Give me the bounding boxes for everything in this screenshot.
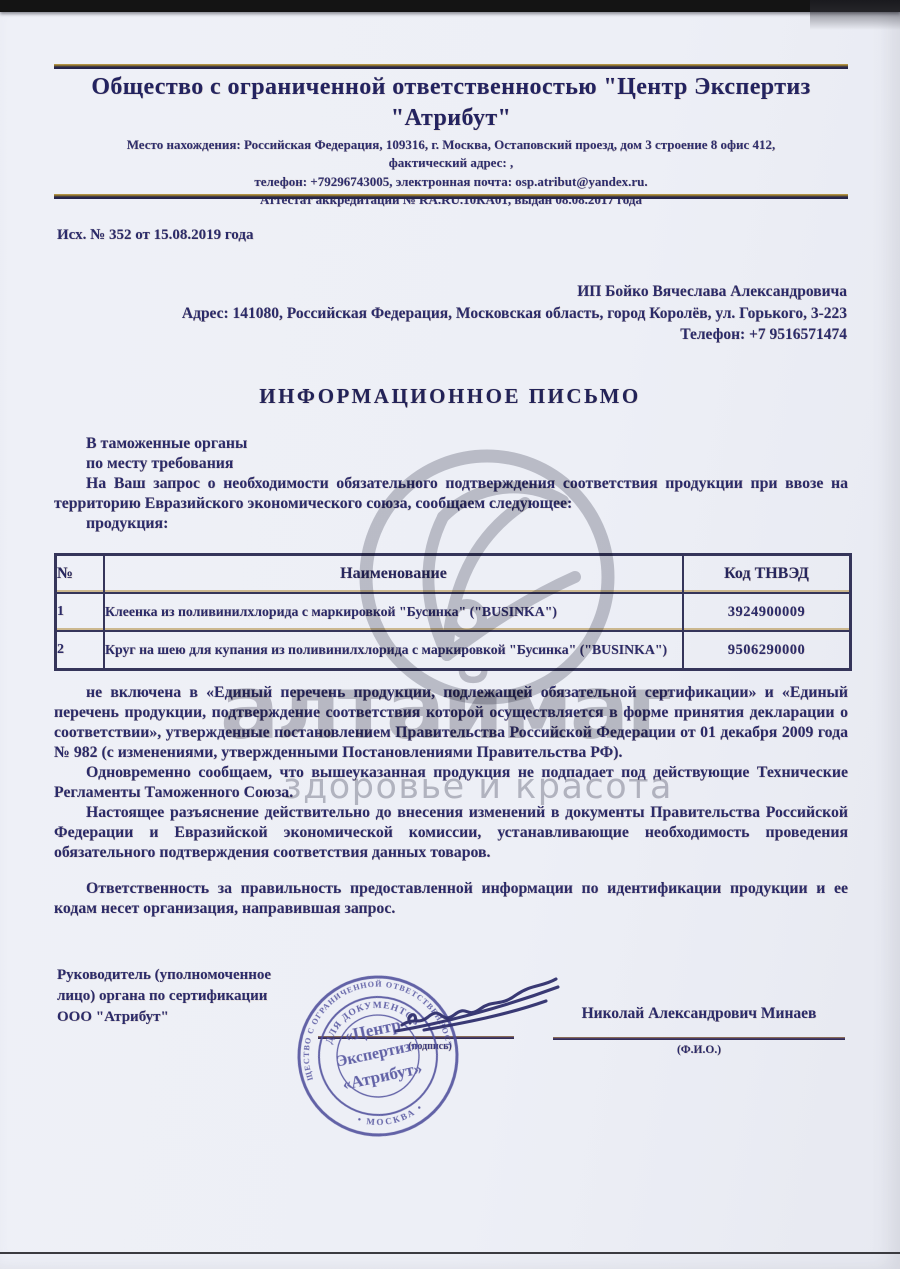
paragraph-not-included: не включена в «Единый перечень продукции… — [54, 683, 848, 763]
column-header-code: Код ТНВЭД — [684, 556, 849, 594]
header-divider-bottom — [54, 194, 848, 199]
recipient-address: Адрес: 141080, Российская Федерация, Мос… — [54, 303, 847, 325]
svg-text:• МОСКВА •: • МОСКВА • — [355, 1100, 427, 1132]
addressee-line: по месту требования — [54, 454, 848, 474]
company-name-line1: Общество с ограниченной ответственностью… — [54, 72, 848, 103]
paragraph-validity: Настоящее разъяснение действительно до в… — [54, 803, 848, 863]
intro-paragraph: На Ваш запрос о необходимости обязательн… — [54, 474, 848, 514]
name-line — [553, 1037, 845, 1040]
company-name-line2: "Атрибут" — [54, 103, 848, 134]
paragraph-simultaneously: Одновременно сообщаем, что вышеуказанная… — [54, 763, 848, 803]
company-address: Место нахождения: Российская Федерация, … — [54, 137, 848, 152]
scan-artifact-bottom-edge — [0, 1252, 900, 1254]
product-table: № Наименование Код ТНВЭД 1 Клеенка из по… — [54, 553, 852, 671]
row-number: 2 — [57, 632, 105, 668]
document-title: ИНФОРМАЦИОННОЕ ПИСЬМО — [0, 384, 900, 409]
company-contacts: телефон: +79296743005, электронная почта… — [54, 174, 848, 189]
recipient-name: ИП Бойко Вячеслава Александровича — [54, 281, 847, 303]
table-header-row: № Наименование Код ТНВЭД — [57, 556, 849, 594]
handwritten-signature — [394, 973, 564, 1041]
scan-artifact-corner-smudge — [810, 0, 900, 30]
addressee-line: В таможенные органы — [54, 434, 848, 454]
product-name: Круг на шею для купания из поливинилхлор… — [105, 632, 684, 668]
scanned-letter-page: Общество с ограниченной ответственностью… — [0, 0, 900, 1269]
body-main: не включена в «Единый перечень продукции… — [54, 683, 848, 919]
scan-artifact-top-bar — [0, 0, 900, 12]
column-header-name: Наименование — [105, 556, 684, 594]
body-intro: В таможенные органы по месту требования … — [54, 434, 848, 534]
tnved-code: 3924900009 — [684, 594, 849, 632]
recipient-block: ИП Бойко Вячеслава Александровича Адрес:… — [54, 281, 847, 346]
stamp-city-text: • МОСКВА • — [355, 1100, 427, 1132]
outgoing-reference: Исх. № 352 от 15.08.2019 года — [57, 227, 253, 244]
row-number: 1 — [57, 594, 105, 632]
signatory-role: Руководитель (уполномоченное лицо) орган… — [57, 965, 271, 1028]
signatory-name: Николай Александрович Минаев — [553, 1005, 845, 1023]
signatory-role-line: ООО "Атрибут" — [57, 1007, 271, 1028]
recipient-phone: Телефон: +7 9516571474 — [54, 324, 847, 346]
product-label: продукция: — [54, 514, 848, 534]
name-caption: (Ф.И.О.) — [553, 1044, 845, 1056]
table-row: 1 Клеенка из поливинилхлорида с маркиров… — [57, 594, 849, 632]
signatory-role-line: Руководитель (уполномоченное — [57, 965, 271, 986]
company-actual-address: фактический адрес: , — [54, 155, 848, 170]
signatory-role-line: лицо) органа по сертификации — [57, 986, 271, 1007]
table-row: 2 Круг на шею для купания из поливинилхл… — [57, 632, 849, 668]
paragraph-responsibility: Ответственность за правильность предоста… — [54, 879, 848, 919]
product-name: Клеенка из поливинилхлорида с маркировко… — [105, 594, 684, 632]
tnved-code: 9506290000 — [684, 632, 849, 668]
header-divider-top — [54, 64, 848, 69]
letterhead: Общество с ограниченной ответственностью… — [54, 72, 848, 207]
column-header-number: № — [57, 556, 105, 594]
